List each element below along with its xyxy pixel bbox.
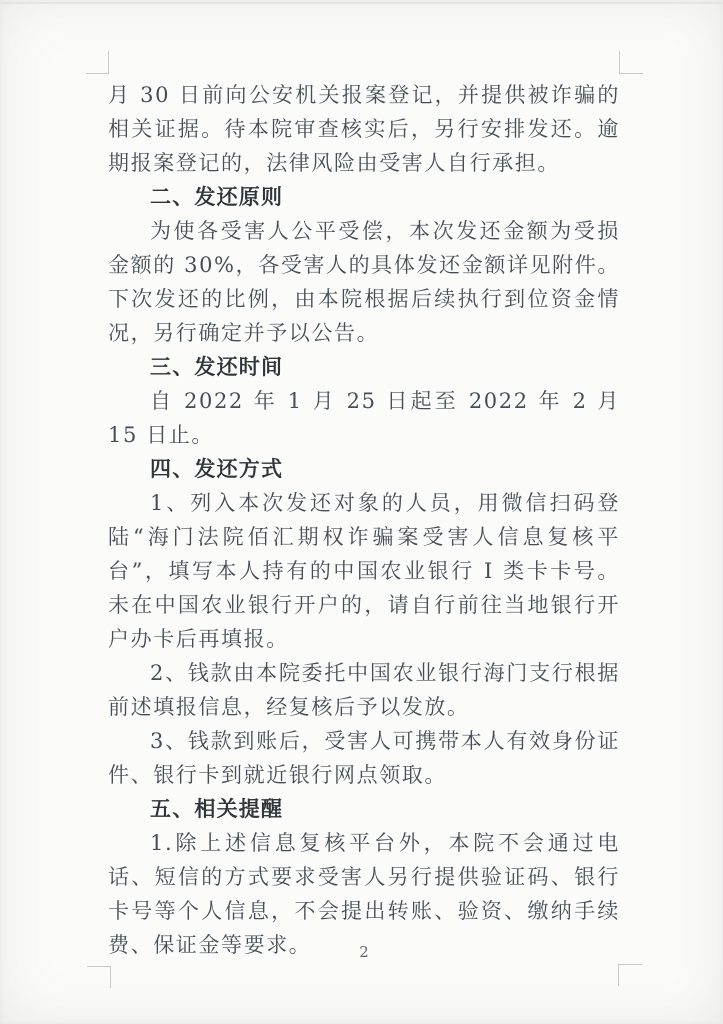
text-boundary-mark-top-right [619, 51, 643, 74]
document-page: 月 30 日前向公安机关报案登记，并提供被诈骗的相关证据。待本院审查核实后，另行… [0, 0, 723, 1024]
text-boundary-mark-bottom-right [618, 964, 642, 986]
paragraph: 为使各受害人公平受偿，本次发还金额为受损金额的 30%，各受害人的具体发还金额详… [108, 214, 620, 350]
section-heading: 四、发还方式 [108, 452, 620, 486]
section-heading: 三、发还时间 [108, 350, 620, 384]
paragraph: 3、钱款到账后，受害人可携带本人有效身份证件、银行卡到就近银行网点领取。 [108, 724, 620, 792]
section-heading: 五、相关提醒 [108, 792, 620, 826]
photo-top-edge [0, 2, 723, 4]
paragraph: 自 2022 年 1 月 25 日起至 2022 年 2 月 15 日止。 [108, 384, 620, 452]
text-boundary-mark-bottom-left [87, 966, 111, 988]
paragraph: 1、列入本次发还对象的人员，用微信扫码登陆“海门法院佰汇期权诈骗案受害人信息复核… [108, 486, 620, 656]
page-number: 2 [108, 942, 620, 962]
document-content: 月 30 日前向公安机关报案登记，并提供被诈骗的相关证据。待本院审查核实后，另行… [108, 78, 620, 962]
paragraph: 月 30 日前向公安机关报案登记，并提供被诈骗的相关证据。待本院审查核实后，另行… [108, 78, 620, 180]
text-boundary-mark-top-left [86, 51, 109, 74]
paragraph: 2、钱款由本院委托中国农业银行海门支行根据前述填报信息，经复核后予以发放。 [108, 656, 620, 724]
section-heading: 二、发还原则 [108, 180, 620, 214]
